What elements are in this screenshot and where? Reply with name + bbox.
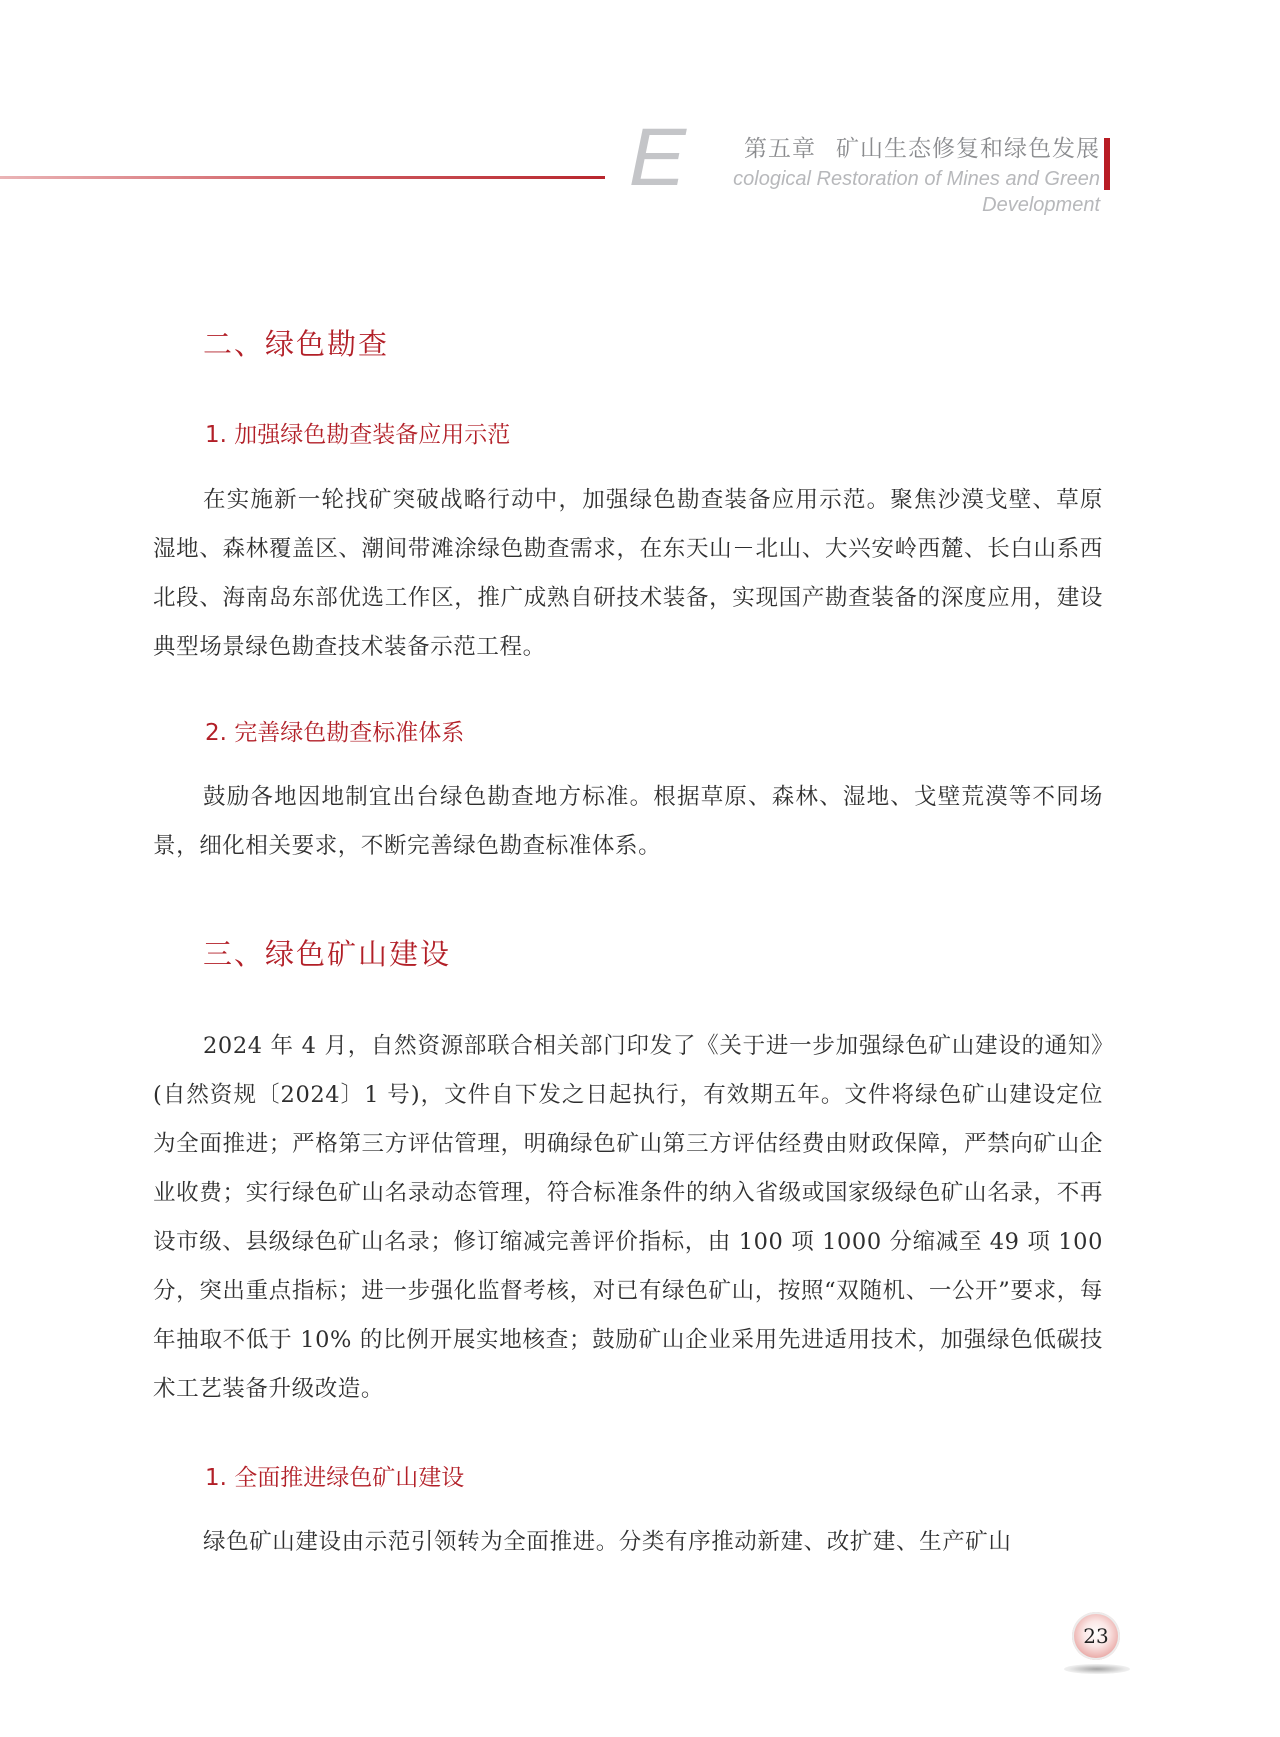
paragraph-standard-system: 鼓励各地因地制宜出台绿色勘查地方标准。根据草原、森林、湿地、戈壁荒漠等不同场景，… (153, 773, 1103, 871)
page-number: 23 (1083, 1624, 1108, 1648)
page-number-badge: 23 (1072, 1612, 1120, 1660)
subsection-heading-comprehensive-promotion: 1. 全面推进绿色矿山建设 (205, 1463, 464, 1493)
subsection-heading-equipment-demo: 1. 加强绿色勘查装备应用示范 (205, 420, 510, 450)
page-number-shadow (1064, 1664, 1130, 1674)
section-heading-green-exploration: 二、绿色勘查 (203, 326, 389, 362)
chapter-title-en-line1: cological Restoration of Mines and Green (733, 166, 1100, 192)
chapter-title-en: cological Restoration of Mines and Green… (733, 166, 1100, 218)
subsection-heading-standard-system: 2. 完善绿色勘查标准体系 (205, 718, 464, 748)
chapter-header: E 第五章矿山生态修复和绿色发展 cological Restoration o… (630, 120, 1100, 220)
chapter-initial-letter: E (629, 120, 686, 196)
header-accent-bar (1104, 138, 1110, 190)
paragraph-equipment-demo: 在实施新一轮找矿突破战略行动中，加强绿色勘查装备应用示范。聚焦沙漠戈壁、草原湿地… (153, 476, 1103, 672)
section-heading-green-mine-construction: 三、绿色矿山建设 (203, 936, 451, 972)
header-rule (0, 176, 605, 179)
chapter-title-cn: 第五章矿山生态修复和绿色发展 (744, 135, 1100, 163)
chapter-title-en-line2: Development (733, 192, 1100, 218)
paragraph-comprehensive-promotion: 绿色矿山建设由示范引领转为全面推进。分类有序推动新建、改扩建、生产矿山 (153, 1518, 1103, 1567)
chapter-number: 第五章 (744, 136, 816, 162)
chapter-name: 矿山生态修复和绿色发展 (836, 136, 1100, 162)
paragraph-green-mine-intro: 2024 年 4 月，自然资源部联合相关部门印发了《关于进一步加强绿色矿山建设的… (153, 1022, 1103, 1414)
